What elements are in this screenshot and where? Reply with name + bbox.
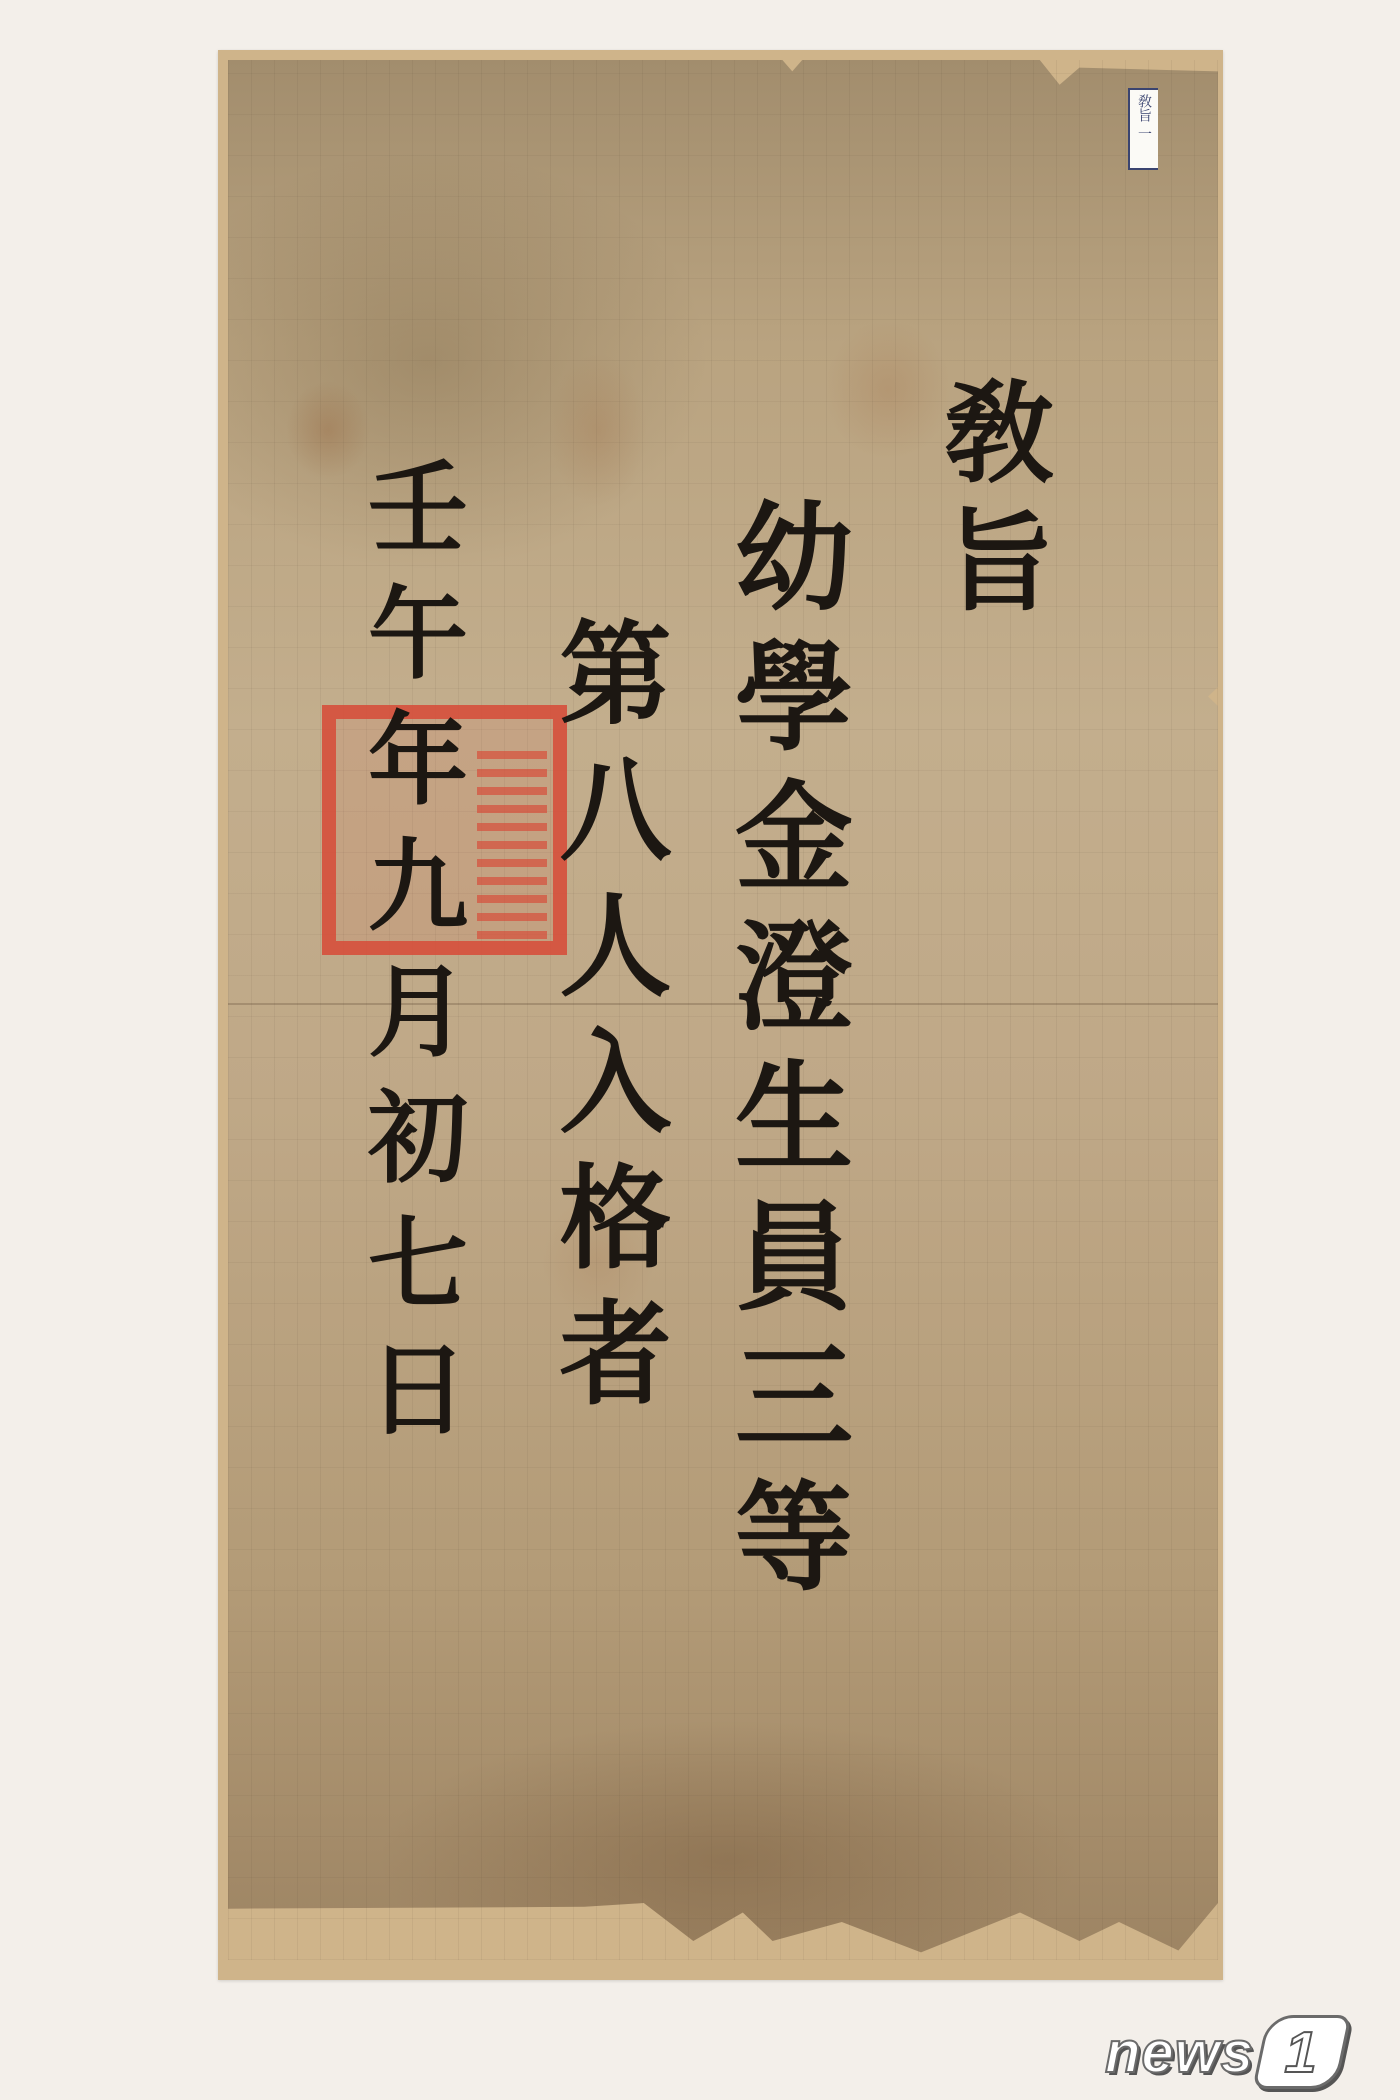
watermark-text: news xyxy=(1105,2019,1254,2086)
calligraphy-column-recipient: 幼學金澄生員三等 xyxy=(725,495,843,1615)
catalog-label: 敎旨 一 xyxy=(1128,88,1158,170)
catalog-label-text: 敎旨 一 xyxy=(1134,94,1154,140)
calligraphy-column-rank: 第八人入格者 xyxy=(550,615,662,1431)
watermark-badge-icon: 1 xyxy=(1252,2015,1352,2089)
calligraphy-column-title: 敎旨 xyxy=(935,375,1045,631)
news1-watermark: news 1 xyxy=(1105,2015,1344,2089)
calligraphy-column-date: 壬午年九月初七日 xyxy=(360,455,460,1463)
seal-script-pattern xyxy=(477,749,547,939)
